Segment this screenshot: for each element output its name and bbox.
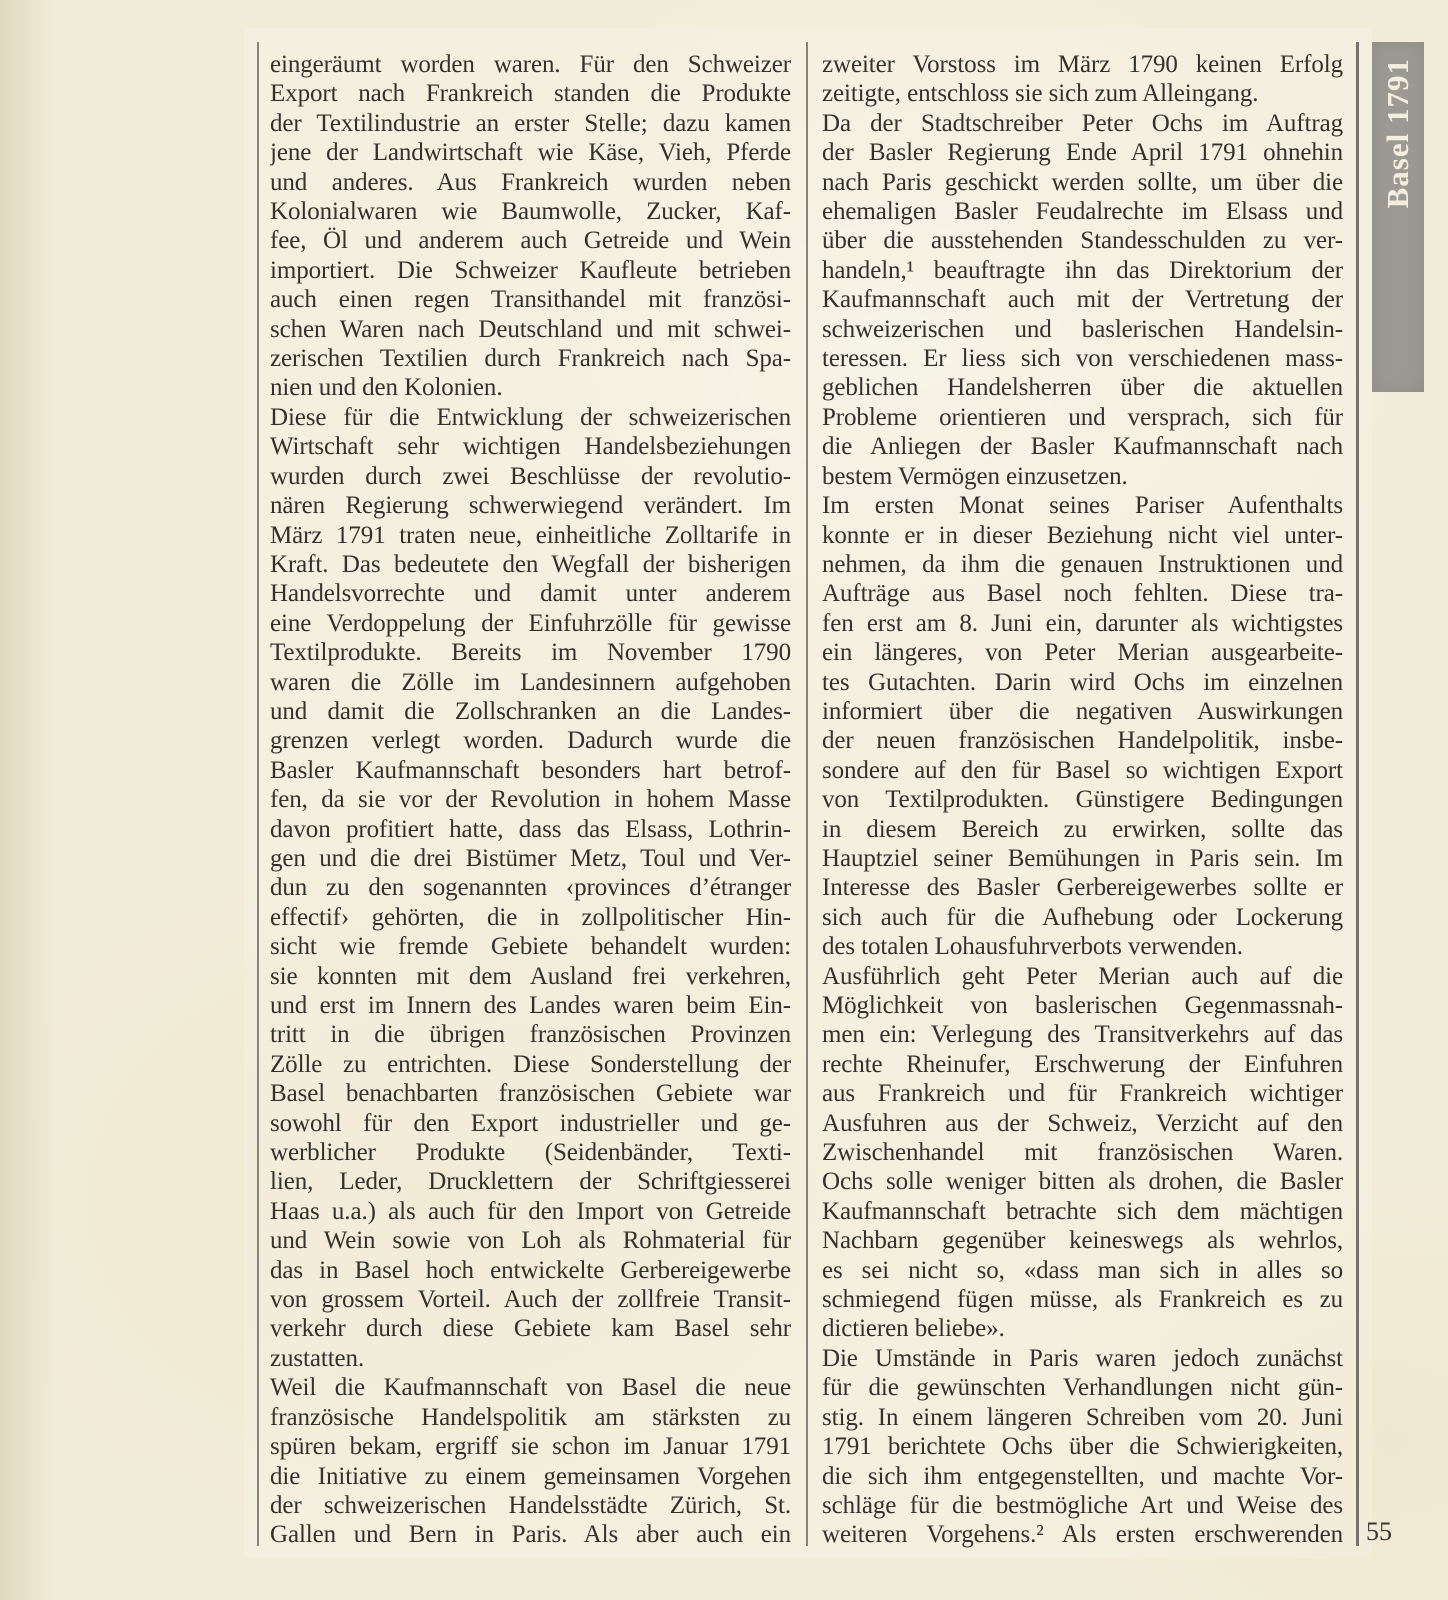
margin-tab-label: Basel 1791 [1372, 42, 1424, 392]
text-line: und damit die Zollschranken an die Lande… [270, 697, 791, 726]
text-line: nien und den Kolonien. [270, 373, 791, 402]
text-line: handeln,¹ beauftragte ihn das Direktoriu… [822, 256, 1343, 285]
text-line: Wirtschaft sehr wichtigen Handelsbeziehu… [270, 432, 791, 461]
text-line: men ein: Verlegung des Transitverkehrs a… [822, 1020, 1343, 1049]
text-line: Die Umstände in Paris waren jedoch zunäc… [822, 1344, 1343, 1373]
text-line: und anderes. Aus Frankreich wurden neben [270, 168, 791, 197]
text-line: zustatten. [270, 1344, 791, 1373]
text-line: schmiegend fügen müsse, als Frankreich e… [822, 1285, 1343, 1314]
text-line: die Anliegen der Basler Kaufmannschaft n… [822, 432, 1343, 461]
text-line: eingeräumt worden waren. Für den Schweiz… [270, 50, 791, 79]
text-line: Hauptziel seiner Bemühungen in Paris sei… [822, 844, 1343, 873]
text-line: geblichen Handelsherren über die aktuell… [822, 373, 1343, 402]
text-line: schläge für die bestmögliche Art und Wei… [822, 1491, 1343, 1520]
text-line: sicht wie fremde Gebiete behandelt wurde… [270, 932, 791, 961]
text-line: zeitigte, entschloss sie sich zum Allein… [822, 79, 1343, 108]
text-line: Export nach Frankreich standen die Produ… [270, 79, 791, 108]
text-line: informiert über die negativen Auswirkung… [822, 697, 1343, 726]
text-line: sowohl für den Export industrieller und … [270, 1109, 791, 1138]
scanned-page: eingeräumt worden waren. Für den Schweiz… [0, 0, 1448, 1600]
text-line: gen und die drei Bistümer Metz, Toul und… [270, 844, 791, 873]
text-line: März 1791 traten neue, einheitliche Zoll… [270, 521, 791, 550]
text-line: lien, Leder, Drucklettern der Schriftgie… [270, 1167, 791, 1196]
text-line: nehmen, da ihm die genauen Instruktionen… [822, 550, 1343, 579]
text-line: französische Handelspolitik am stärksten… [270, 1403, 791, 1432]
text-line: der schweizerischen Handelsstädte Zürich… [270, 1491, 791, 1520]
text-line: fen erst am 8. Juni ein, darunter als wi… [822, 609, 1343, 638]
text-line: Interesse des Basler Gerbereigewerbes so… [822, 873, 1343, 902]
text-line: dun zu den sogenannten ‹provinces d’étra… [270, 873, 791, 902]
text-line: Gallen und Bern in Paris. Als aber auch … [270, 1520, 791, 1549]
text-line: von Textilprodukten. Günstigere Bedingun… [822, 785, 1343, 814]
text-line: und Wein sowie von Loh als Rohmaterial f… [270, 1226, 791, 1255]
text-line: die sich ihm entgegenstellten, und macht… [822, 1462, 1343, 1491]
text-line: rechte Rheinufer, Erschwerung der Einfuh… [822, 1050, 1343, 1079]
text-line: stig. In einem längeren Schreiben vom 20… [822, 1403, 1343, 1432]
text-line: es sei nicht so, «dass man sich in alles… [822, 1256, 1343, 1285]
text-line: Ochs solle weniger bitten als drohen, di… [822, 1167, 1343, 1196]
text-line: weiteren Vorgehens.² Als ersten erschwer… [822, 1520, 1343, 1549]
text-line: tes Gutachten. Darin wird Ochs im einzel… [822, 668, 1343, 697]
text-line: ehemaligen Basler Feudalrechte im Elsass… [822, 197, 1343, 226]
text-line: importiert. Die Schweizer Kaufleute betr… [270, 256, 791, 285]
text-line: zweiter Vorstoss im März 1790 keinen Erf… [822, 50, 1343, 79]
text-line: Möglichkeit von baslerischen Gegenmassna… [822, 991, 1343, 1020]
text-line: Diese für die Entwicklung der schweizeri… [270, 403, 791, 432]
text-line: nären Regierung schwerwiegend verändert.… [270, 491, 791, 520]
text-line: und erst im Innern des Landes waren beim… [270, 991, 791, 1020]
text-line: schweizerischen und baslerischen Handels… [822, 315, 1343, 344]
right-text-column: zweiter Vorstoss im März 1790 keinen Erf… [822, 50, 1343, 1550]
text-line: Kraft. Das bedeutete den Wegfall der bis… [270, 550, 791, 579]
text-line: fen, da sie vor der Revolution in hohem … [270, 785, 791, 814]
text-line: Da der Stadtschreiber Peter Ochs im Auft… [822, 109, 1343, 138]
text-line: Zölle zu entrichten. Diese Sonderstellun… [270, 1050, 791, 1079]
text-line: nach Paris geschickt werden sollte, um ü… [822, 168, 1343, 197]
text-line: bestem Vermögen einzusetzen. [822, 462, 1343, 491]
text-line: sondere auf den für Basel so wichtigen E… [822, 756, 1343, 785]
text-line: konnte er in dieser Beziehung nicht viel… [822, 521, 1343, 550]
text-line: Kaufmannschaft auch mit der Vertretung d… [822, 285, 1343, 314]
text-line: schen Waren nach Deutschland und mit sch… [270, 315, 791, 344]
text-line: 1791 berichtete Ochs über die Schwierigk… [822, 1432, 1343, 1461]
text-line: effectif› gehörten, die in zollpolitisch… [270, 903, 791, 932]
text-line: Weil die Kaufmannschaft von Basel die ne… [270, 1373, 791, 1402]
text-line: fee, Öl und anderem auch Getreide und We… [270, 226, 791, 255]
text-line: Haas u.a.) als auch für den Import von G… [270, 1197, 791, 1226]
text-line: Ausführlich geht Peter Merian auch auf d… [822, 962, 1343, 991]
text-line: auch einen regen Transithandel mit franz… [270, 285, 791, 314]
right-margin-rule [1356, 42, 1359, 1546]
text-line: spüren bekam, ergriff sie schon im Janua… [270, 1432, 791, 1461]
text-line: davon profitiert hatte, dass das Elsass,… [270, 815, 791, 844]
text-line: Probleme orientieren und versprach, sich… [822, 403, 1343, 432]
text-line: das in Basel hoch entwickelte Gerbereige… [270, 1256, 791, 1285]
text-line: Im ersten Monat seines Pariser Aufenthal… [822, 491, 1343, 520]
text-line: Ausfuhren aus der Schweiz, Verzicht auf … [822, 1109, 1343, 1138]
text-line: Handelsvorrechte und damit unter anderem [270, 579, 791, 608]
text-line: wurden durch zwei Beschlüsse der revolut… [270, 462, 791, 491]
text-line: Kolonialwaren wie Baumwolle, Zucker, Kaf… [270, 197, 791, 226]
text-line: werblicher Produkte (Seidenbänder, Texti… [270, 1138, 791, 1167]
page-number: 55 [1366, 1517, 1392, 1547]
text-line: die Initiative zu einem gemeinsamen Vorg… [270, 1462, 791, 1491]
text-line: Kaufmannschaft betrachte sich dem mächti… [822, 1197, 1343, 1226]
text-line: Nachbarn gegenüber keineswegs als wehrlo… [822, 1226, 1343, 1255]
text-line: teressen. Er liess sich von verschiedene… [822, 344, 1343, 373]
text-line: aus Frankreich und für Frankreich wichti… [822, 1079, 1343, 1108]
left-margin-rule [257, 42, 259, 1546]
margin-tab: Basel 1791 [1372, 42, 1424, 392]
left-text-column: eingeräumt worden waren. Für den Schweiz… [270, 50, 791, 1550]
text-line: Basel benachbarten französischen Gebiete… [270, 1079, 791, 1108]
text-line: ein längeres, von Peter Merian ausgearbe… [822, 638, 1343, 667]
text-line: Textilprodukte. Bereits im November 1790 [270, 638, 791, 667]
text-line: sich auch für die Aufhebung oder Lockeru… [822, 903, 1343, 932]
text-line: Aufträge aus Basel noch fehlten. Diese t… [822, 579, 1343, 608]
column-divider-rule [806, 42, 808, 1546]
text-line: in diesem Bereich zu erwirken, sollte da… [822, 815, 1343, 844]
text-line: sie konnten mit dem Ausland frei verkehr… [270, 962, 791, 991]
text-line: über die ausstehenden Standesschulden zu… [822, 226, 1343, 255]
text-line: eine Verdoppelung der Einfuhrzölle für g… [270, 609, 791, 638]
text-line: zerischen Textilien durch Frankreich nac… [270, 344, 791, 373]
text-line: verkehr durch diese Gebiete kam Basel se… [270, 1314, 791, 1343]
text-line: waren die Zölle im Landesinnern aufgehob… [270, 668, 791, 697]
text-line: des totalen Lohausfuhrverbots verwenden. [822, 932, 1343, 961]
text-line: von grossem Vorteil. Auch der zollfreie … [270, 1285, 791, 1314]
text-line: der Basler Regierung Ende April 1791 ohn… [822, 138, 1343, 167]
text-line: der neuen französischen Handelpolitik, i… [822, 726, 1343, 755]
text-line: der Textilindustrie an erster Stelle; da… [270, 109, 791, 138]
text-line: Basler Kaufmannschaft besonders hart bet… [270, 756, 791, 785]
text-line: dictieren beliebe». [822, 1314, 1343, 1343]
text-line: tritt in die übrigen französischen Provi… [270, 1020, 791, 1049]
text-line: grenzen verlegt worden. Dadurch wurde di… [270, 726, 791, 755]
text-line: für die gewünschten Verhandlungen nicht … [822, 1373, 1343, 1402]
text-line: Zwischenhandel mit französischen Waren. [822, 1138, 1343, 1167]
text-line: jene der Landwirtschaft wie Käse, Vieh, … [270, 138, 791, 167]
